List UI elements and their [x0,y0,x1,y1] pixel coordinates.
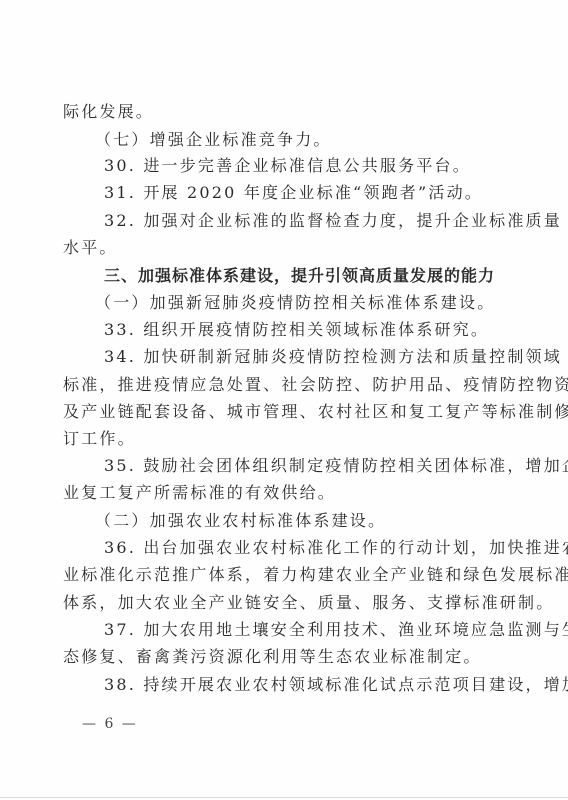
text-line: 32. 加强对企业标准的监督检查力度，提升企业标准质量 [104,211,536,231]
text-line: 业标准化示范推广体系，着力构建农业全产业链和绿色发展标准 [63,565,495,585]
text-line: 33. 组织开展疫情防控相关领域标准体系研究。 [104,320,536,340]
text-line: 38. 持续开展农业农村领域标准化试点示范项目建设，增加 [104,675,536,695]
text-line: 态修复、畜禽粪污资源化利用等生态农业标准制定。 [63,647,495,667]
text-line: 业复工复产所需标准的有效供给。 [63,483,495,503]
text-line: 体系，加大农业全产业链安全、质量、服务、支撑标准研制。 [63,593,495,613]
page-number: — 6 — [82,716,138,732]
section-heading: 三、加强标准体系建设，提升引领高质量发展的能力 [104,266,536,286]
text-line: 订工作。 [63,429,495,449]
page-edge-divider [0,797,568,798]
text-line: 标准，推进疫情应急处置、社会防控、防护用品、疫情防控物资 [63,375,495,395]
text-line: 36. 出台加强农业农村标准化工作的行动计划，加快推进农 [104,538,536,558]
text-line: 37. 加大农用地土壤安全利用技术、渔业环境应急监测与生 [104,620,536,640]
subsection-heading: （七）增强企业标准竞争力。 [95,130,495,150]
text-line: 31. 开展 2020 年度企业标准“领跑者”活动。 [104,183,536,203]
text-line: 际化发展。 [63,102,495,122]
text-line: 及产业链配套设备、城市管理、农村社区和复工复产等标准制修 [63,402,495,422]
text-line: 水平。 [63,238,495,258]
text-line: 34. 加快研制新冠肺炎疫情防控检测方法和质量控制领域 [104,347,536,367]
document-page: 际化发展。 （七）增强企业标准竞争力。 30. 进一步完善企业标准信息公共服务平… [0,0,568,800]
text-line: 30. 进一步完善企业标准信息公共服务平台。 [104,156,536,176]
subsection-heading: （一）加强新冠肺炎疫情防控相关标准体系建设。 [95,293,495,313]
subsection-heading: （二）加强农业农村标准体系建设。 [95,511,495,531]
text-line: 35. 鼓励社会团体组织制定疫情防控相关团体标准，增加企 [104,456,536,476]
